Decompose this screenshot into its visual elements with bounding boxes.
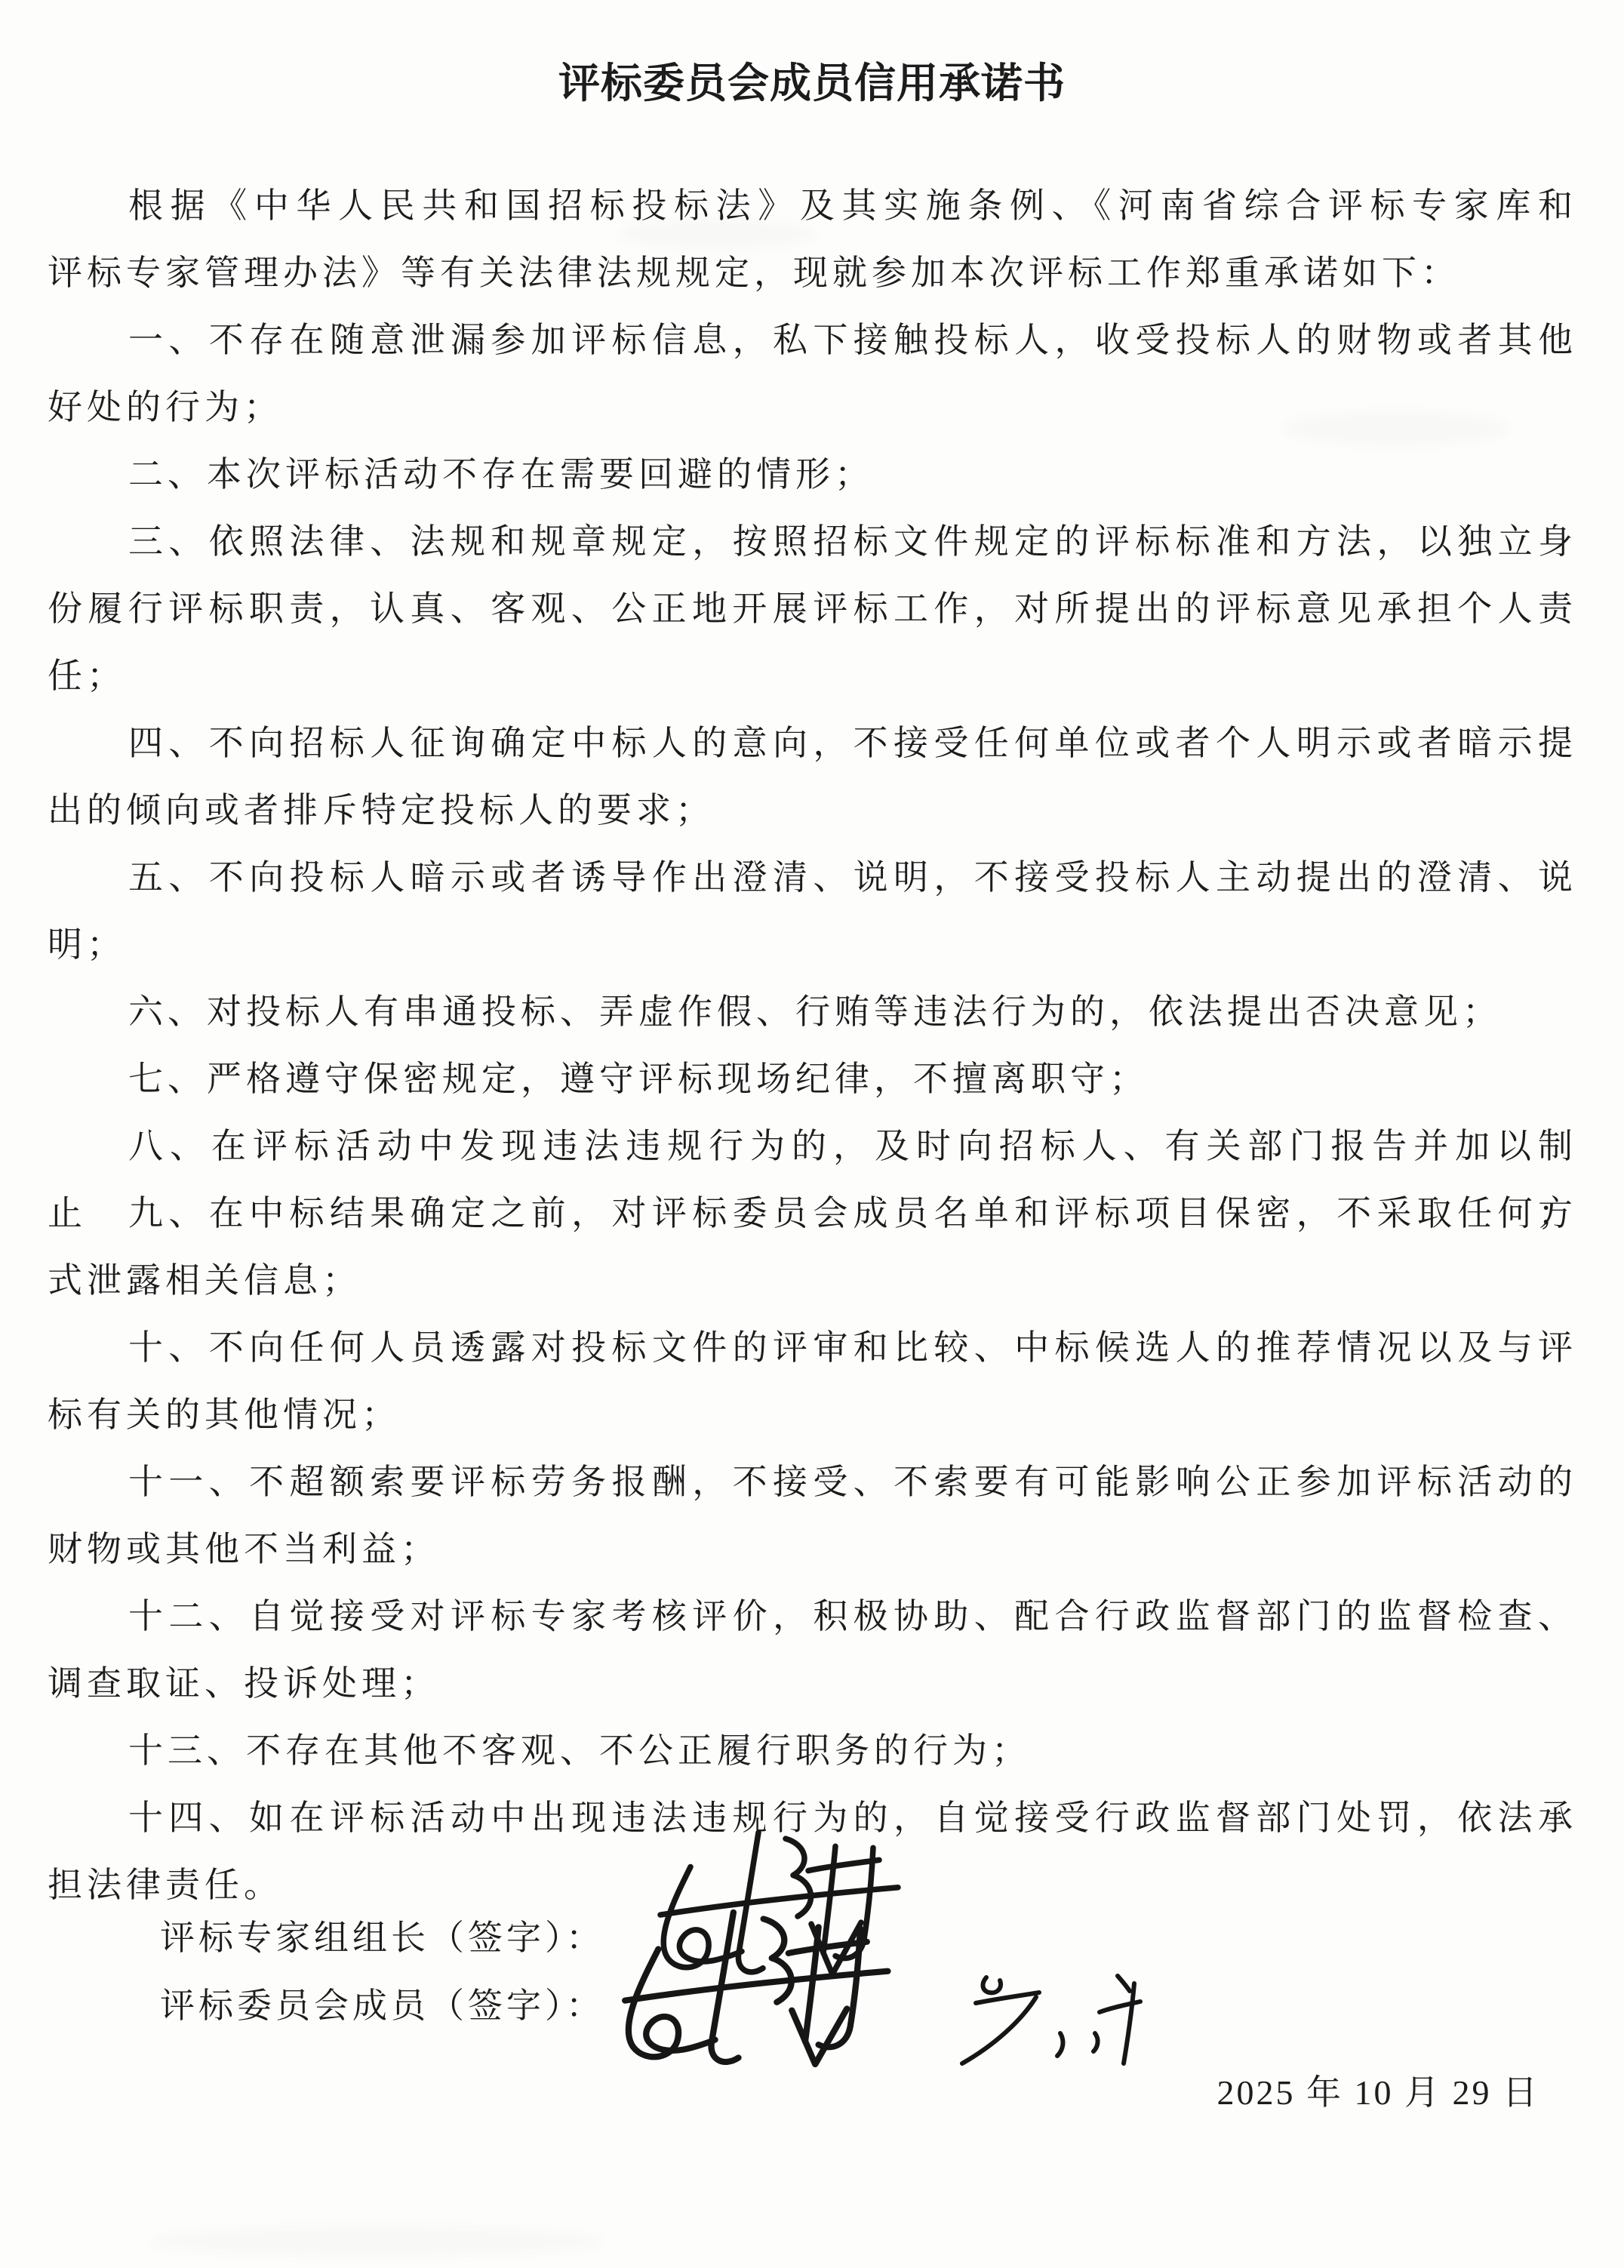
scan-artifact bbox=[1283, 411, 1509, 445]
scanned-document-page: 评标委员会成员信用承诺书 根据《中华人民共和国招标投标法》及其实施条例、《河南省… bbox=[0, 0, 1624, 2268]
body-line: 四、不向招标人征询确定中标人的意向，不接受任何单位或者个人明示或者暗示提 bbox=[48, 709, 1577, 777]
document-date: 2025 年 10 月 29 日 bbox=[1217, 2065, 1540, 2115]
body-line: 出的倾向或者排斥特定投标人的要求； bbox=[48, 777, 1577, 844]
body-line: 评标专家管理办法》等有关法律法规规定，现就参加本次评标工作郑重承诺如下： bbox=[48, 239, 1577, 306]
scan-artifact bbox=[619, 219, 815, 249]
body-line: 九、在中标结果确定之前，对评标委员会成员名单和评标项目保密，不采取任何方 bbox=[48, 1180, 1577, 1247]
body-line: 标有关的其他情况； bbox=[48, 1381, 1577, 1448]
scan-artifact bbox=[151, 2226, 604, 2257]
body-line: 根据《中华人民共和国招标投标法》及其实施条例、《河南省综合评标专家库和 bbox=[48, 172, 1577, 239]
body-line: 八、在评标活动中发现违法违规行为的，及时向招标人、有关部门报告并加以制止； bbox=[48, 1112, 1577, 1180]
body-line: 五、不向投标人暗示或者诱导作出澄清、说明，不接受投标人主动提出的澄清、说 bbox=[48, 844, 1577, 911]
leader-signature-label: 评标专家组组长（签字）： bbox=[160, 1910, 604, 1960]
body-line: 十三、不存在其他不客观、不公正履行职务的行为； bbox=[48, 1717, 1577, 1784]
body-line: 份履行评标职责，认真、客观、公正地开展评标工作，对所提出的评标意见承担个人责 bbox=[48, 575, 1577, 642]
body-line: 十二、自觉接受对评标专家考核评价，积极协助、配合行政监督部门的监督检查、 bbox=[48, 1583, 1577, 1650]
body-line: 调查取证、投诉处理； bbox=[48, 1650, 1577, 1717]
member-signature-label: 评标委员会成员（签字）： bbox=[160, 1978, 604, 2028]
body-line: 三、依照法律、法规和规章规定，按照招标文件规定的评标标准和方法，以独立身 bbox=[48, 508, 1577, 575]
body-line: 二、本次评标活动不存在需要回避的情形； bbox=[48, 441, 1577, 508]
body-line: 明； bbox=[48, 911, 1577, 978]
body-line: 十一、不超额索要评标劳务报酬，不接受、不索要有可能影响公正参加评标活动的 bbox=[48, 1448, 1577, 1516]
page-title: 评标委员会成员信用承诺书 bbox=[0, 59, 1624, 109]
body-line: 任； bbox=[48, 642, 1577, 709]
body-line: 式泄露相关信息； bbox=[48, 1247, 1577, 1314]
body-line: 六、对投标人有串通投标、弄虚作假、行贿等违法行为的，依法提出否决意见； bbox=[48, 978, 1577, 1045]
body-line: 财物或其他不当利益； bbox=[48, 1516, 1577, 1583]
body-line: 一、不存在随意泄漏参加评标信息，私下接触投标人，收受投标人的财物或者其他 bbox=[48, 306, 1577, 374]
member-handwritten-signature-2-icon bbox=[940, 1964, 1166, 2077]
body-line: 七、严格遵守保密规定，遵守评标现场纪律，不擅离职守； bbox=[48, 1045, 1577, 1112]
body-line: 十、不向任何人员透露对投标文件的评审和比较、中标候选人的推荐情况以及与评 bbox=[48, 1314, 1577, 1381]
member-handwritten-signature-icon bbox=[600, 1904, 900, 2084]
